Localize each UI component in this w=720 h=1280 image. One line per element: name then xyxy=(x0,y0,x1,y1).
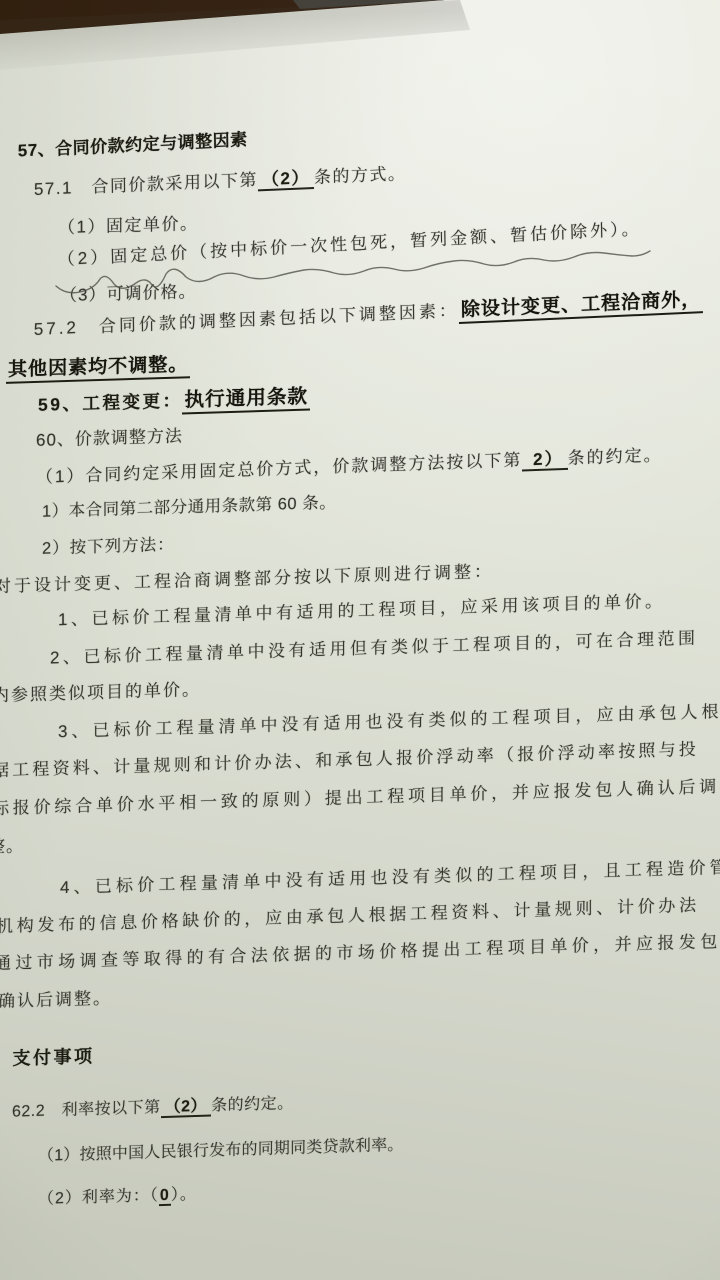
text-line-c60s1: 1）本合同第二部分通用条款第 60 条。 xyxy=(42,489,336,522)
text-run: 62.2 利率按以下第 xyxy=(12,1099,161,1121)
text-run: 据工程资料、计量规则和计价办法、和承包人报价浮动率（报价浮动率按照与投 xyxy=(0,740,699,781)
text-run: 通过市场调查等取得的有合法依据的市场价格提出工程项目单价，并应报发包 xyxy=(0,932,720,973)
text-run: ）。 xyxy=(171,1186,197,1204)
text-line-c571: 57.1 合同价款采用以下第（2）条的方式。 xyxy=(34,159,407,200)
text-run: 2、已标价工程量清单中没有适用但有类似于工程项目的，可在合理范围 xyxy=(50,629,698,668)
text-run: （2） xyxy=(161,1098,211,1119)
text-line-pduiyu: 对于设计变更、工程洽商调整部分按以下原则进行调整： xyxy=(0,557,494,597)
text-run: （1）按照中国人民银行发布的同期同类贷款利率。 xyxy=(38,1137,404,1165)
text-run: 执行通用条款 xyxy=(182,386,310,415)
text-line-c622p1: （1）按照中国人民银行发布的同期同类贷款利率。 xyxy=(38,1132,404,1166)
text-line-c59: 59、工程变更：执行通用条款 xyxy=(38,380,310,417)
text-line-r4: 4、已标价工程量清单中没有适用也没有类似的工程项目，且工程造价管 xyxy=(60,853,720,898)
paper-page: 57、合同价款约定与调整因素57.1 合同价款采用以下第（2）条的方式。（1）固… xyxy=(0,0,720,1280)
text-run: 内参照类似项目的单价。 xyxy=(0,680,201,705)
text-run: 确认后调整。 xyxy=(0,989,112,1011)
text-run: 、支付事项 xyxy=(0,1046,95,1069)
text-line-c572b: 其他因素均不调整。 xyxy=(6,349,190,382)
text-line-r4d: 确认后调整。 xyxy=(0,984,112,1012)
text-line-c60: 60、价款调整方法 xyxy=(36,421,183,450)
text-line-pay: 、支付事项 xyxy=(0,1042,95,1071)
text-run: （1）固定单价。 xyxy=(58,214,198,237)
text-line-r2: 2、已标价工程量清单中没有适用但有类似于工程项目的，可在合理范围 xyxy=(50,624,698,669)
text-line-c622: 62.2 利率按以下第（2）条的约定。 xyxy=(12,1090,294,1122)
text-run: 60、价款调整方法 xyxy=(36,426,183,449)
text-line-r3: 3、已标价工程量清单中没有适用也没有类似的工程项目，应由承包人根 xyxy=(58,697,720,742)
text-line-c60s2: 2）按下列方法： xyxy=(42,531,175,559)
text-line-i3: （3）可调价格。 xyxy=(60,277,196,306)
text-run: 3、已标价工程量清单中没有适用也没有类似的工程项目，应由承包人根 xyxy=(58,702,720,741)
text-line-r4c: 通过市场调查等取得的有合法依据的市场价格提出工程项目单价，并应报发包 xyxy=(0,927,720,974)
text-run: （2） xyxy=(258,168,314,191)
text-run: （1）合同约定采用固定总价方式，价款调整方法按以下第 xyxy=(36,450,523,486)
text-run: 条的约定。 xyxy=(568,445,663,467)
text-run: 59、工程变更： xyxy=(38,390,182,414)
text-run: 4、已标价工程量清单中没有适用也没有类似的工程项目，且工程造价管 xyxy=(60,858,720,897)
text-run: 其他因素均不调整。 xyxy=(6,354,190,384)
text-run: 1、已标价工程量清单中有适用的工程项目，应采用该项目的单价。 xyxy=(58,592,665,630)
text-run: 1）本合同第二部分通用条款第 60 条。 xyxy=(42,494,336,521)
text-run: 条的约定。 xyxy=(211,1095,294,1115)
text-run: （2）利率为：（ xyxy=(38,1187,159,1208)
text-run: 57.2 合同价款的调整因素包括以下调整因素： xyxy=(34,301,459,339)
text-run: 0 xyxy=(159,1187,171,1206)
text-line-r2b: 内参照类似项目的单价。 xyxy=(0,675,201,706)
text-run: 除设计变更、工程洽商外， xyxy=(459,289,704,324)
text-run: 标报价综合单价水平相一致的原则）提出工程项目单价，并应报发包人确认后调 xyxy=(0,777,720,818)
text-run: 整。 xyxy=(0,836,24,856)
text-line-c622p2: （2）利率为：（0）。 xyxy=(38,1181,197,1209)
text-run: 2）按下列方法： xyxy=(42,536,175,558)
text-run: 57、合同价款约定与调整因素 xyxy=(18,130,248,160)
text-line-r1: 1、已标价工程量清单中有适用的工程项目，应采用该项目的单价。 xyxy=(58,587,665,631)
text-run: 条的方式。 xyxy=(314,164,407,187)
text-run: （3）可调价格。 xyxy=(60,282,196,305)
text-line-h57: 57、合同价款约定与调整因素 xyxy=(18,125,248,161)
text-line-r3b: 据工程资料、计量规则和计价办法、和承包人报价浮动率（报价浮动率按照与投 xyxy=(0,735,699,782)
text-line-r3c: 标报价综合单价水平相一致的原则）提出工程项目单价，并应报发包人确认后调 xyxy=(0,772,720,819)
text-run: 对于设计变更、工程洽商调整部分按以下原则进行调整： xyxy=(0,562,494,596)
text-line-r3d: 整。 xyxy=(0,831,24,857)
text-run: 2） xyxy=(522,449,567,472)
text-line-i1: （1）固定单价。 xyxy=(58,209,198,238)
text-run: 57.1 合同价款采用以下第 xyxy=(34,170,258,199)
photographed-document: 57、合同价款约定与调整因素57.1 合同价款采用以下第（2）条的方式。（1）固… xyxy=(0,0,720,1280)
